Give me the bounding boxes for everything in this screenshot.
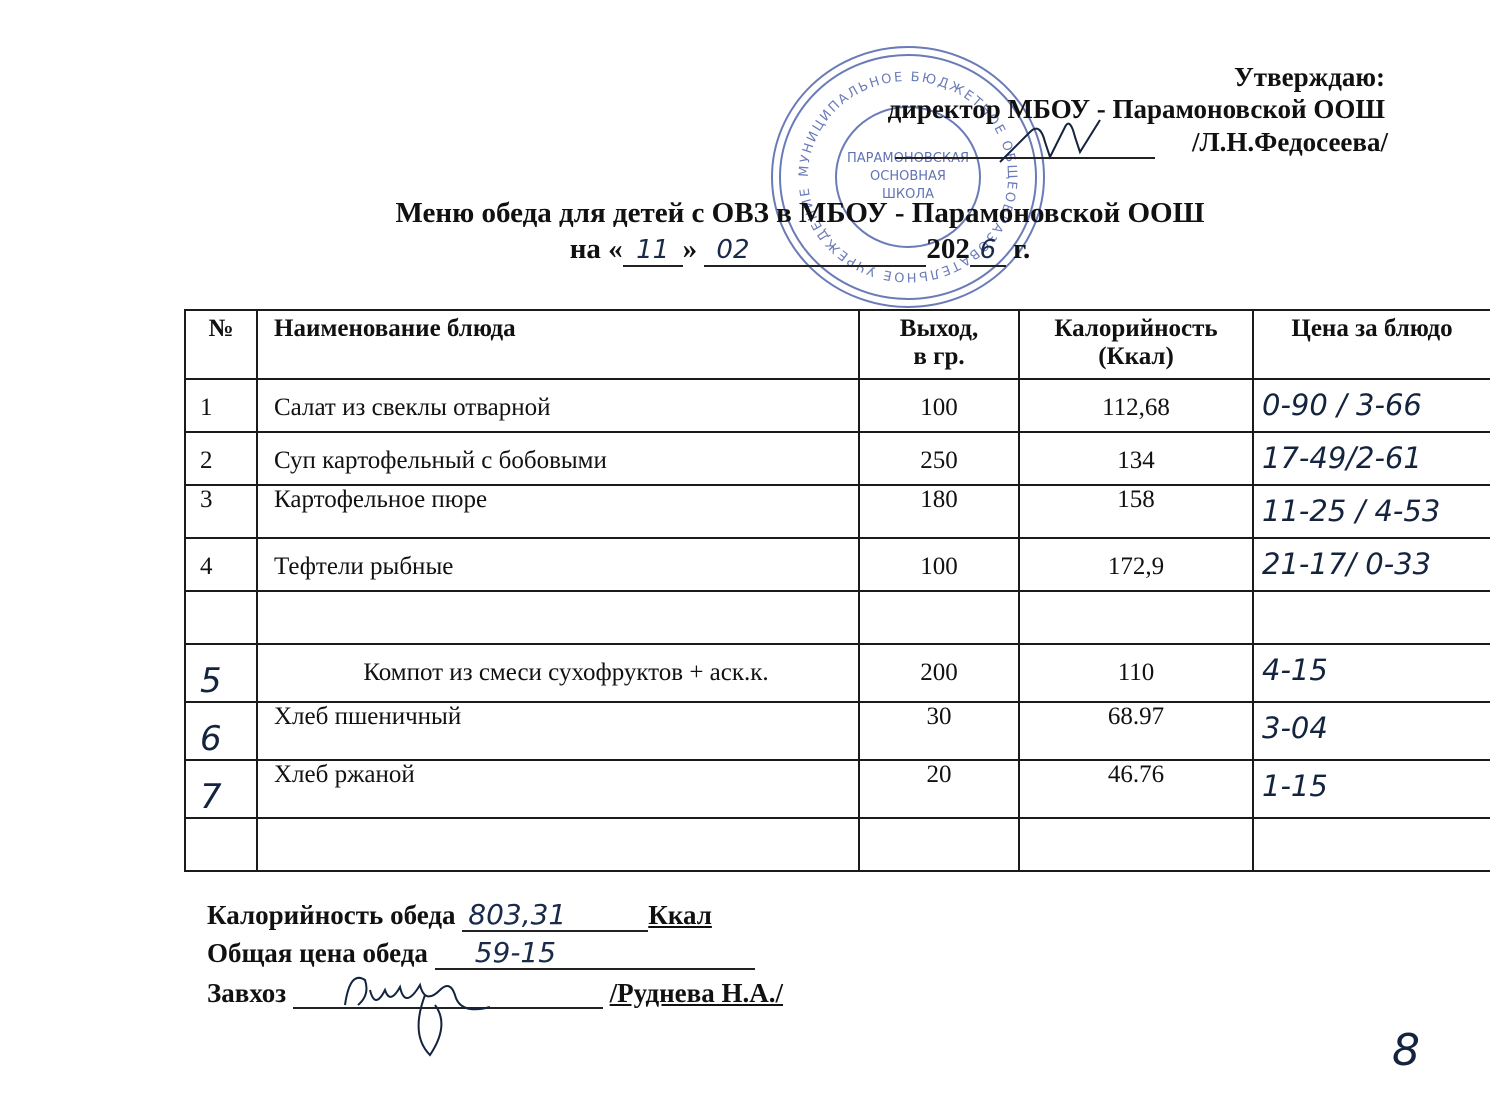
- table-row: 2Суп картофельный с бобовыми25013417-49/…: [185, 432, 1490, 485]
- date-mid: »: [683, 233, 698, 265]
- cell-output: [859, 818, 1019, 871]
- approval-role: директор МБОУ - Парамоновской ООШ: [888, 94, 1385, 125]
- table-row: 7Хлеб ржаной2046.761-15: [185, 760, 1490, 818]
- date-prefix: на «: [570, 233, 623, 265]
- page-number: 8: [1392, 1025, 1420, 1076]
- cell-no: 5: [185, 644, 257, 702]
- summary-price-label: Общая цена обеда: [207, 938, 428, 968]
- cell-price: 1-15: [1253, 760, 1490, 818]
- cell-name: Салат из свеклы отварной: [257, 379, 859, 432]
- cell-name: [257, 818, 859, 871]
- cell-no: 3: [185, 485, 257, 538]
- cell-no: 1: [185, 379, 257, 432]
- summary-kcal-label: Калорийность обеда: [207, 900, 456, 930]
- cell-no: [185, 818, 257, 871]
- document-date: на «11» 022026 г.: [0, 233, 1500, 267]
- summary-kcal-unit: Ккал: [648, 900, 712, 930]
- cell-price: 21-17/ 0-33: [1253, 538, 1490, 591]
- cell-no: 4: [185, 538, 257, 591]
- cell-output: 250: [859, 432, 1019, 485]
- table-row: [185, 818, 1490, 871]
- stamp-text: ОСНОВНАЯ: [870, 169, 946, 184]
- cell-price: 17-49/2-61: [1253, 432, 1490, 485]
- cell-name: [257, 591, 859, 644]
- director-signature-icon: [990, 112, 1110, 172]
- cell-output: 30: [859, 702, 1019, 760]
- table-header-row: № Наименование блюда Выход,в гр. Калорий…: [185, 310, 1490, 379]
- table-row: 4Тефтели рыбные100172,921-17/ 0-33: [185, 538, 1490, 591]
- school-stamp: МУНИЦИПАЛЬНОЕ БЮДЖЕТНОЕ ОБЩЕОБРАЗОВАТЕЛЬ…: [768, 42, 1048, 312]
- cell-kcal: 172,9: [1019, 538, 1253, 591]
- cell-name: Тефтели рыбные: [257, 538, 859, 591]
- cell-name: Хлеб ржаной: [257, 760, 859, 818]
- cell-price: 4-15: [1253, 644, 1490, 702]
- summary-zavhoz-name: /Руднева Н.А./: [610, 978, 783, 1008]
- header-price: Цена за блюдо: [1253, 310, 1490, 379]
- year-prefix: 202: [926, 233, 970, 265]
- header-kcal-line1: Калорийность: [1054, 315, 1217, 342]
- cell-output: 20: [859, 760, 1019, 818]
- table-row: 3Картофельное пюре18015811-25 / 4-53: [185, 485, 1490, 538]
- header-kcal-line2: (Ккал): [1098, 343, 1174, 370]
- cell-price: 3-04: [1253, 702, 1490, 760]
- table-row: 6Хлеб пшеничный3068.973-04: [185, 702, 1490, 760]
- table-row: [185, 591, 1490, 644]
- cell-kcal: [1019, 591, 1253, 644]
- cell-kcal: 110: [1019, 644, 1253, 702]
- cell-no: 6: [185, 702, 257, 760]
- cell-name: Картофельное пюре: [257, 485, 859, 538]
- menu-table: № Наименование блюда Выход,в гр. Калорий…: [184, 309, 1490, 872]
- cell-name: Хлеб пшеничный: [257, 702, 859, 760]
- cell-name: Суп картофельный с бобовыми: [257, 432, 859, 485]
- date-day: 11: [623, 235, 683, 267]
- cell-kcal: 46.76: [1019, 760, 1253, 818]
- cell-price: [1253, 591, 1490, 644]
- cell-no: 7: [185, 760, 257, 818]
- table-row: 5Компот из смеси сухофруктов + аск.к.200…: [185, 644, 1490, 702]
- approval-title: Утверждаю:: [1234, 62, 1385, 93]
- summary-kcal-value: 803,31: [462, 900, 648, 932]
- header-output-line1: Выход,: [900, 315, 978, 342]
- cell-name: Компот из смеси сухофруктов + аск.к.: [257, 644, 859, 702]
- approval-name: /Л.Н.Федосеева/: [1192, 127, 1388, 158]
- header-no: №: [185, 310, 257, 379]
- cell-output: [859, 591, 1019, 644]
- cell-price: [1253, 818, 1490, 871]
- cell-output: 200: [859, 644, 1019, 702]
- date-year-digit: 6: [970, 235, 1006, 267]
- cell-output: 100: [859, 538, 1019, 591]
- header-output-line2: в гр.: [913, 343, 964, 370]
- header-output: Выход,в гр.: [859, 310, 1019, 379]
- cell-no: [185, 591, 257, 644]
- header-name: Наименование блюда: [257, 310, 859, 379]
- summary-kcal: Калорийность обеда 803,31Ккал: [207, 900, 712, 932]
- header-kcal: Калорийность(Ккал): [1019, 310, 1253, 379]
- zavhoz-signature-icon: [330, 965, 510, 1060]
- cell-price: 11-25 / 4-53: [1253, 485, 1490, 538]
- year-suffix: г.: [1013, 233, 1030, 265]
- cell-no: 2: [185, 432, 257, 485]
- date-month: 02: [704, 235, 926, 267]
- cell-kcal: [1019, 818, 1253, 871]
- cell-kcal: 112,68: [1019, 379, 1253, 432]
- cell-output: 100: [859, 379, 1019, 432]
- cell-output: 180: [859, 485, 1019, 538]
- cell-price: 0-90 / 3-66: [1253, 379, 1490, 432]
- cell-kcal: 68.97: [1019, 702, 1253, 760]
- summary-zavhoz-label: Завхоз: [207, 978, 286, 1008]
- table-row: 1Салат из свеклы отварной100112,680-90 /…: [185, 379, 1490, 432]
- cell-kcal: 134: [1019, 432, 1253, 485]
- cell-kcal: 158: [1019, 485, 1253, 538]
- document-title: Меню обеда для детей с ОВЗ в МБОУ - Пара…: [0, 197, 1500, 230]
